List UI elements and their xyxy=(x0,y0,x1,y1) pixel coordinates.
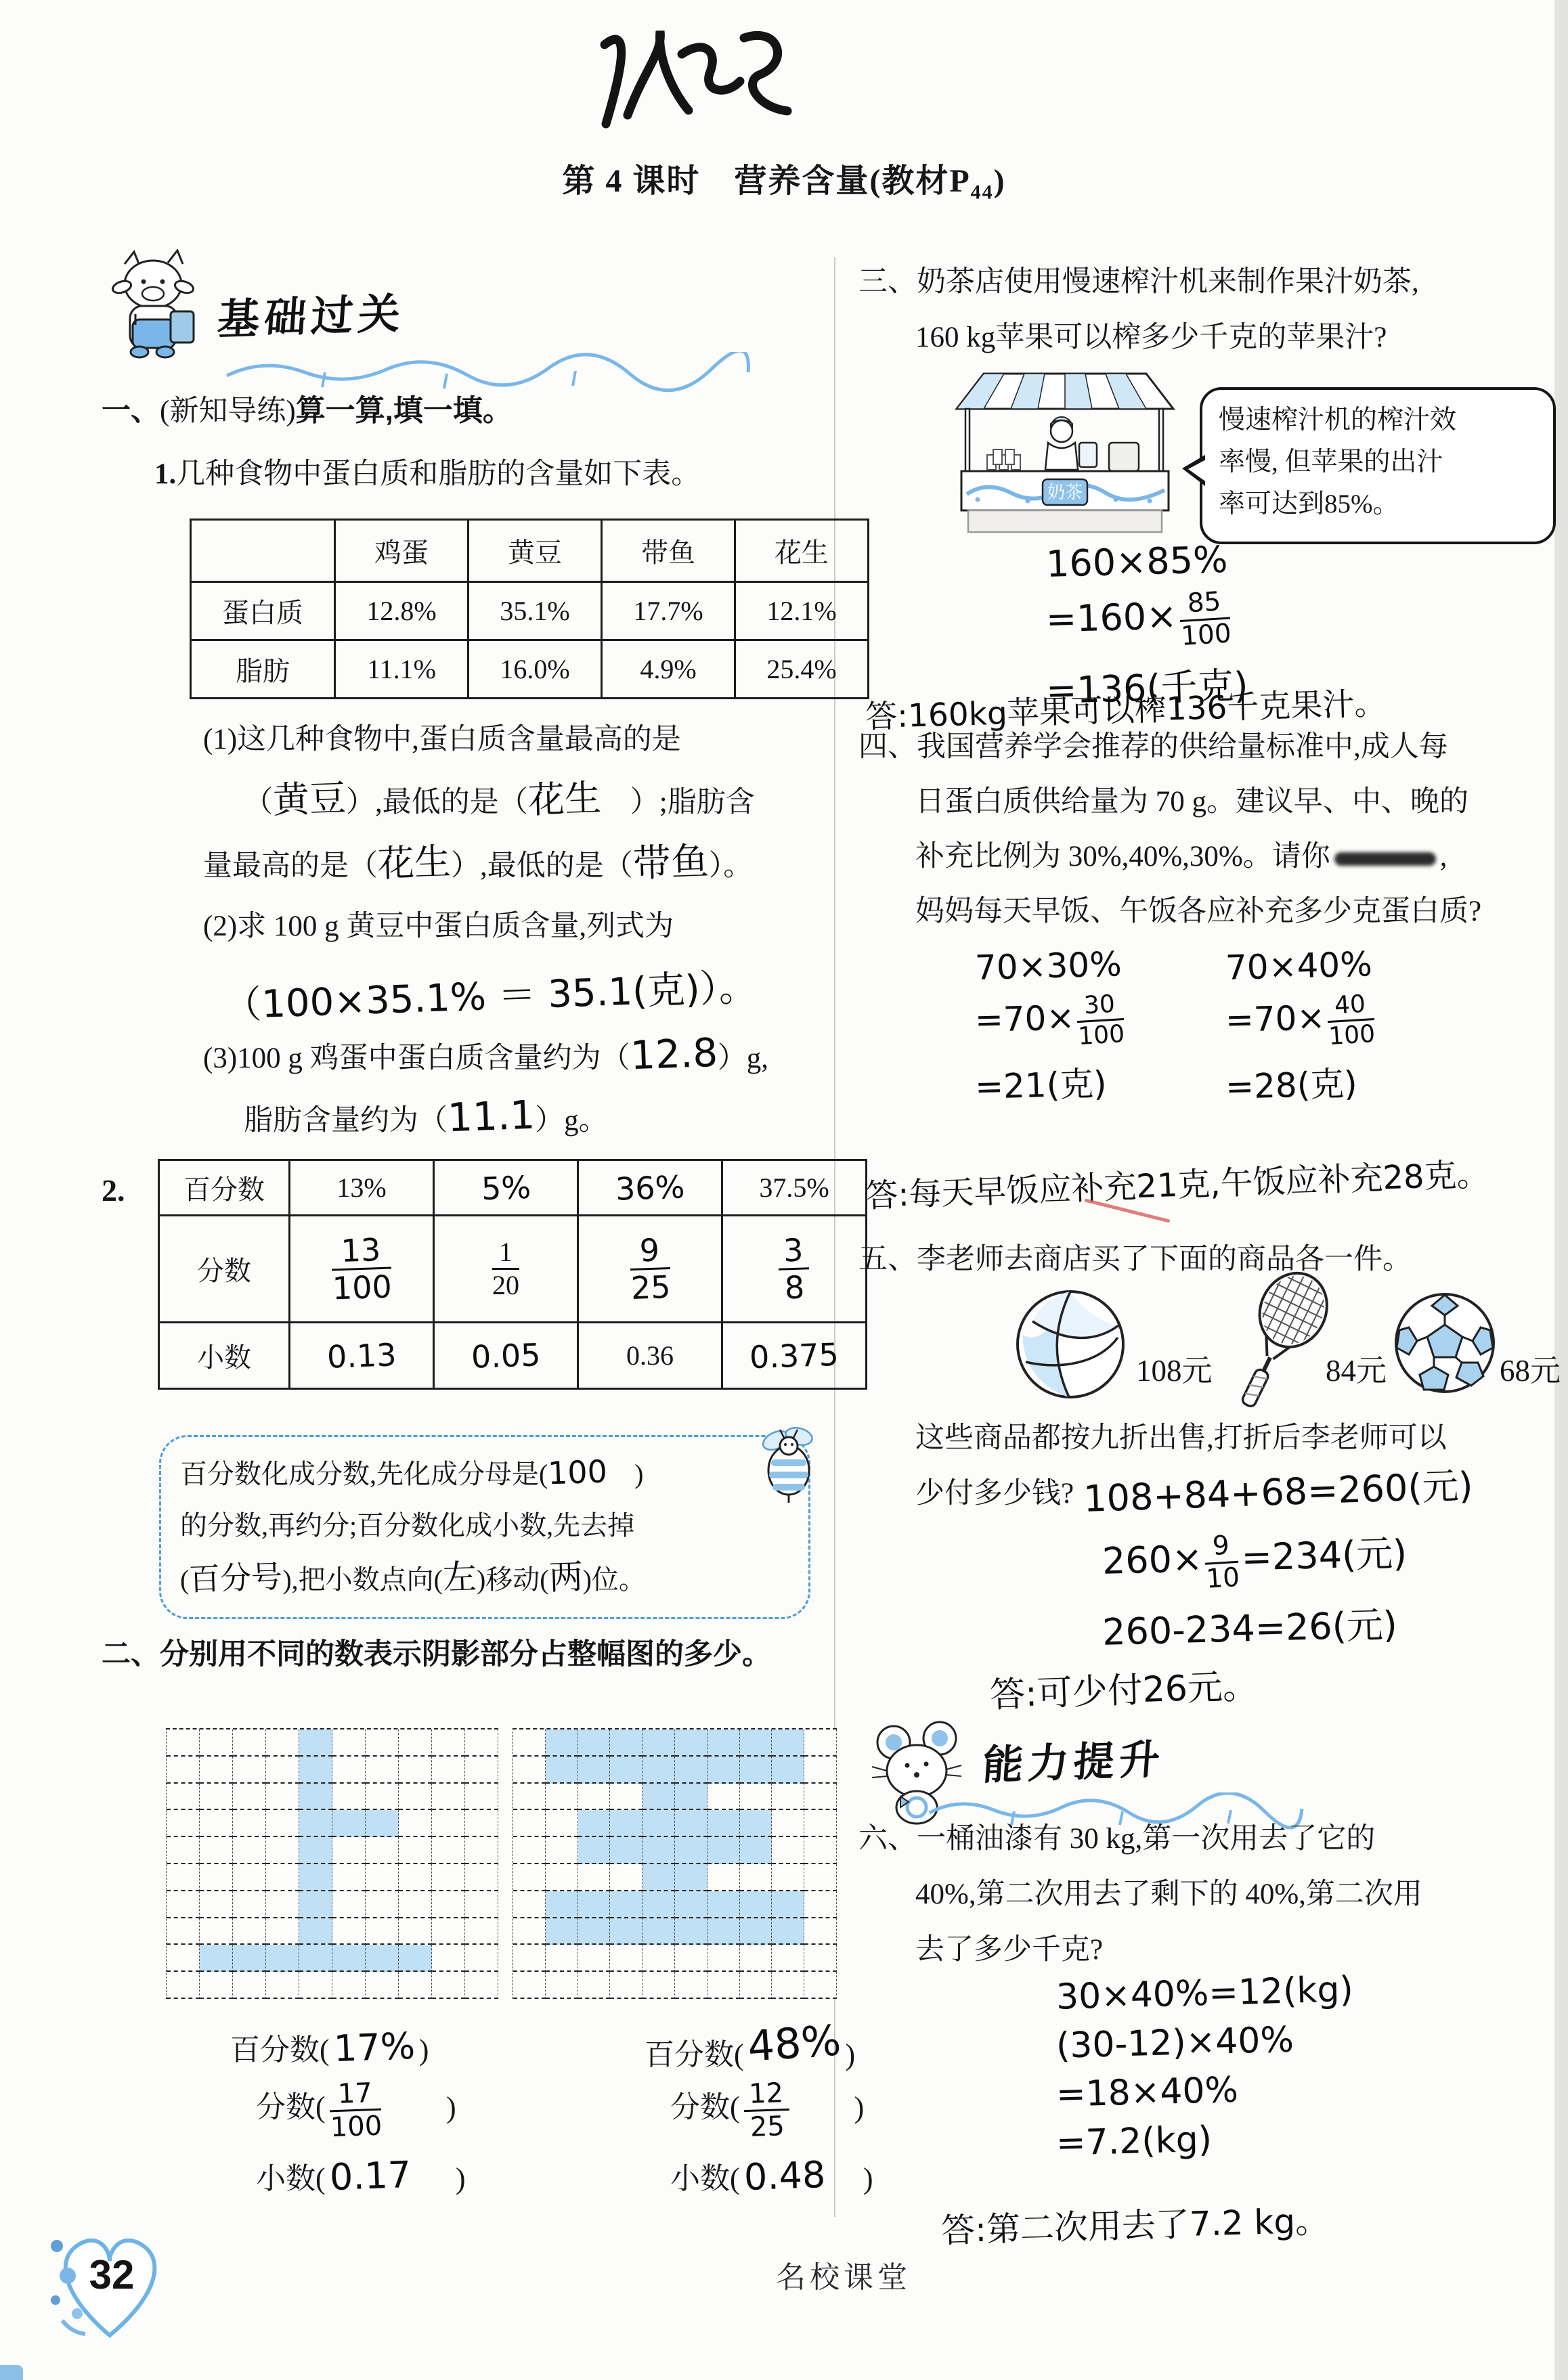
grid-cell xyxy=(740,1757,772,1784)
grid-cell xyxy=(167,1810,200,1837)
handwritten-line: =70×40100 xyxy=(1225,992,1378,1051)
grid-cell xyxy=(332,1864,366,1891)
printed-text: (2)求 100 g 黄豆中蛋白质含量,列式为 xyxy=(203,910,674,942)
q6-line3: 去了多少千克? xyxy=(915,1931,1103,1970)
grid-cell xyxy=(675,1729,707,1757)
fraction-denominator: 10 xyxy=(1206,1562,1241,1593)
q4-line4: 妈妈每天早饭、午饭各应补充多少克蛋白质? xyxy=(915,892,1481,931)
fraction: 120 xyxy=(492,1238,519,1300)
fraction-numerator: 85 xyxy=(1178,588,1230,622)
grid-cell xyxy=(399,1945,432,1972)
scan-corner-mark xyxy=(0,2365,23,2380)
bee-mascot-icon xyxy=(750,1422,828,1506)
printed-text: ) xyxy=(863,2162,873,2195)
printed-text: ）;脂肪含 xyxy=(601,787,755,818)
grid-cell xyxy=(610,1729,643,1757)
table-row: 百分数13%5%36%37.5% xyxy=(159,1160,867,1216)
grid-cell xyxy=(772,1837,804,1864)
grid-cell xyxy=(675,1837,707,1864)
grid-cell xyxy=(707,1918,740,1945)
grid-cell xyxy=(643,1972,675,1999)
fraction-denominator: 25 xyxy=(630,1269,671,1304)
grid-cell xyxy=(643,1784,675,1811)
grid-cell xyxy=(643,1918,675,1945)
handwritten-answer: 百分号 xyxy=(188,1551,284,1606)
grid-cell xyxy=(200,1945,233,1972)
grid-cell xyxy=(804,1810,837,1837)
table-cell: 11.1% xyxy=(335,640,469,699)
scan-edge-strip xyxy=(1554,0,1568,2380)
wavy-underline xyxy=(223,352,752,393)
grid-cell xyxy=(707,1784,740,1811)
printed-value: 13% xyxy=(336,1172,386,1203)
grid-cell xyxy=(707,1864,740,1891)
grid-cell xyxy=(399,1837,432,1864)
printed-text: 40%,第二次用去了剩下的 40%,第二次用 xyxy=(915,1878,1422,1910)
grid-cell xyxy=(546,1864,578,1891)
ink-smudge xyxy=(1334,852,1436,866)
soccer-ball-price: 68元 xyxy=(1500,1346,1561,1390)
printed-text: 百分数( xyxy=(230,2033,330,2067)
grid-cell xyxy=(366,1729,399,1757)
grid-cell xyxy=(432,1729,465,1757)
milk-tea-stand-illustration: 奶茶 xyxy=(946,367,1185,537)
grid-cell xyxy=(513,1918,546,1945)
grid-cell xyxy=(643,1837,675,1864)
grid-cell xyxy=(366,1918,399,1945)
grid-cell xyxy=(675,1810,707,1837)
handwritten-answer: 答:第二次用去了7.2 kg。 xyxy=(940,2201,1329,2251)
grid-cell xyxy=(804,1945,837,1972)
handwritten-line: =18×40% xyxy=(1055,2067,1353,2115)
grid-cell xyxy=(299,1810,332,1837)
table-header-cell: 带鱼 xyxy=(602,520,735,582)
price-label: 108元 xyxy=(1136,1354,1213,1388)
fraction: 910 xyxy=(1204,1531,1241,1593)
grid-cell xyxy=(578,1891,611,1918)
handwritten-answer: 5% xyxy=(481,1168,531,1207)
grid-cell xyxy=(299,1972,332,1999)
printed-text: ）g。 xyxy=(535,1105,608,1137)
table-row: 小数0.130.050.360.375 xyxy=(159,1323,867,1389)
grid-cell xyxy=(233,1864,266,1891)
grid-cell xyxy=(399,1729,432,1757)
q1-p2-line: (2)求 100 g 黄豆中蛋白质含量,列式为 xyxy=(203,907,674,946)
grid-cell xyxy=(332,1891,366,1918)
grid-cell xyxy=(675,1864,707,1891)
fraction-denominator: 100 xyxy=(330,2111,383,2142)
grid-cell xyxy=(610,1918,643,1945)
grid-cell xyxy=(740,1918,772,1945)
handwritten-answer: 48% xyxy=(746,2015,843,2071)
grid-cell xyxy=(233,1837,266,1864)
data-table: 百分数13%5%36%37.5%分数1310012092538小数0.130.0… xyxy=(158,1159,867,1390)
handwritten-answer: 36% xyxy=(615,1168,685,1208)
milk-tea-sign-label: 奶茶 xyxy=(1047,483,1083,502)
table-row-label: 小数 xyxy=(159,1323,290,1389)
grid-cell xyxy=(266,1945,299,1972)
grid-cell xyxy=(399,1891,432,1918)
grid-cell xyxy=(546,1918,578,1945)
grid-cell xyxy=(804,1864,837,1891)
grid-cell xyxy=(266,1757,299,1784)
q4-work-right: 70×40%=70×40100=28(克) xyxy=(1225,946,1377,1115)
bubble-line: 率慢, 但苹果的出汁 xyxy=(1219,441,1537,483)
grid-cell xyxy=(465,1757,498,1784)
grid-cell xyxy=(675,1945,707,1972)
grid-left-decimal-label: 小数(0.17) xyxy=(256,2154,466,2197)
grid-cell xyxy=(610,1757,643,1784)
printed-value: 0.36 xyxy=(626,1340,674,1371)
table-header-cell xyxy=(191,520,335,582)
tip-line3: (百分号),把小数点向(左)移动(两)位。 xyxy=(180,1551,789,1606)
grid-cell xyxy=(167,1837,200,1864)
table-row: 分数1310012092538 xyxy=(159,1216,867,1323)
grid-cell xyxy=(200,1729,233,1757)
grid-cell xyxy=(399,1757,432,1784)
grid-cell xyxy=(366,1864,399,1891)
grid-cell xyxy=(675,1918,707,1945)
grid-cell xyxy=(578,1972,611,1999)
grid-cell xyxy=(332,1729,366,1757)
q5-text1: 这些商品都按九折出售,打折后李老师可以 xyxy=(915,1419,1447,1458)
section-header-advanced-label: 能力提升 xyxy=(981,1736,1167,1788)
printed-text: 少付多少钱? xyxy=(915,1478,1074,1509)
q2-heading: 二、分别用不同的数表示阴影部分占整幅图的多少。 xyxy=(102,1631,771,1673)
grid-cell xyxy=(772,1810,804,1837)
printed-text: ）,最低的是（ xyxy=(451,850,633,882)
grid-cell xyxy=(266,1784,299,1811)
grid-cell xyxy=(167,1918,200,1945)
tip-line1: 百分数化成分数,先化成分母是(100 ) xyxy=(180,1447,789,1500)
table-cell: 925 xyxy=(578,1216,722,1323)
q1-sub1-text: 几种食物中蛋白质和脂肪的含量如下表。 xyxy=(176,458,700,490)
grid-cell xyxy=(513,1837,546,1864)
fraction-numerator: 30 xyxy=(1076,991,1124,1023)
grid-cell xyxy=(332,1810,366,1837)
section-header-advanced: 能力提升 xyxy=(981,1727,1167,1791)
handwritten-answer: 答:可少付26元。 xyxy=(989,1666,1259,1716)
grid-cell xyxy=(578,1729,611,1757)
grid-cell xyxy=(740,1891,772,1918)
table-row: 鸡蛋黄豆带鱼花生 xyxy=(191,520,869,582)
fraction-denominator: 25 xyxy=(744,2111,790,2142)
q1-p2-handwritten-answer: （100×35.1% ＝ 35.1(克)）。 xyxy=(223,957,758,1030)
grid-cell xyxy=(299,1784,332,1811)
grid-cell xyxy=(513,1810,546,1837)
table-cell: 5% xyxy=(434,1160,578,1216)
q1-p3-line1: (3)100 g 鸡蛋中蛋白质含量约为（12.8）g, xyxy=(203,1034,768,1078)
fraction-numerator: 9 xyxy=(1204,1531,1239,1564)
table-cell: 13% xyxy=(290,1160,434,1216)
grid-cell xyxy=(266,1891,299,1918)
handwritten-answer: 带鱼 xyxy=(632,842,710,884)
q1-p1-line3: 量最高的是（花生）,最低的是（带鱼）。 xyxy=(203,843,752,886)
printed-text: 这些商品都按九折出售,打折后李老师可以 xyxy=(915,1422,1447,1454)
table-cell: 0.36 xyxy=(578,1323,722,1389)
printed-text: 的分数,再约分;百分数化成小数,先去掉 xyxy=(180,1510,634,1541)
table-cell: 0.05 xyxy=(434,1323,578,1389)
q4-line3: 补充比例为 30%,40%,30%。请你, xyxy=(915,837,1447,877)
q1-tag: (新知导练) xyxy=(160,395,296,427)
printed-text: 去了多少千克? xyxy=(915,1934,1103,1966)
grid-cell xyxy=(772,1945,804,1972)
q1-p1-line2: （黄豆）,最低的是（花生 ）;脂肪含 xyxy=(244,780,755,822)
grid-cell xyxy=(167,1945,200,1972)
grid-cell xyxy=(546,1891,578,1918)
title-main: 第 4 课时 营养含量 xyxy=(562,163,869,199)
grid-cell xyxy=(610,1945,643,1972)
data-table: 鸡蛋黄豆带鱼花生蛋白质12.8%35.1%17.7%12.1%脂肪11.1%16… xyxy=(190,519,869,699)
grid-cell xyxy=(299,1757,332,1784)
grid-cell xyxy=(332,1918,366,1945)
printed-text: ) xyxy=(456,2162,466,2195)
fraction: 85100 xyxy=(1178,588,1232,651)
grid-cell xyxy=(200,1891,233,1918)
handwritten-answer: 17100 xyxy=(328,2079,382,2142)
handwritten-line: 70×40% xyxy=(1225,944,1378,988)
grid-cell xyxy=(772,1729,804,1757)
grid-cell xyxy=(233,1945,266,1972)
title-ref-close: ) xyxy=(994,163,1006,199)
grid-cell xyxy=(200,1837,233,1864)
grid-cell xyxy=(772,1757,804,1784)
badminton-racket-price: 84元 xyxy=(1326,1346,1387,1390)
fraction: 30100 xyxy=(1076,991,1126,1050)
table-row-label: 百分数 xyxy=(159,1160,290,1216)
fraction: 40100 xyxy=(1326,991,1376,1050)
grid-cell xyxy=(399,1972,432,1999)
grid-cell xyxy=(740,1729,772,1757)
grid-cell xyxy=(233,1729,266,1757)
grid-cell xyxy=(578,1810,611,1837)
fraction-numerator: 9 xyxy=(629,1233,670,1271)
grid-cell xyxy=(740,1945,772,1972)
grid-cell xyxy=(266,1972,299,1999)
q5-work-inline: 108+84+68=260(元) xyxy=(1083,1457,1474,1522)
table-cell: 36% xyxy=(578,1160,722,1216)
grid-cell xyxy=(772,1891,804,1918)
nutrition-table: 鸡蛋黄豆带鱼花生蛋白质12.8%35.1%17.7%12.1%脂肪11.1%16… xyxy=(190,519,869,699)
handwritten-answer: 1225 xyxy=(743,2079,790,2142)
grid-cell xyxy=(578,1757,611,1784)
grid-cell xyxy=(643,1945,675,1972)
grid-cell xyxy=(804,1918,837,1945)
grid-cell xyxy=(366,1945,399,1972)
grid-cell xyxy=(432,1945,465,1972)
grid-cell xyxy=(332,1757,366,1784)
grid-cell xyxy=(707,1810,740,1837)
grid-cell xyxy=(432,1810,465,1837)
brand-footer: 名校课堂 xyxy=(776,2253,911,2296)
grid-cell xyxy=(332,1784,366,1811)
grid-cell xyxy=(707,1729,740,1757)
brand-footer-label: 名校课堂 xyxy=(776,2261,911,2294)
grid-cell xyxy=(465,1891,498,1918)
grid-cell xyxy=(465,1918,498,1945)
table-header-cell: 花生 xyxy=(735,520,869,582)
handwritten-line: 30×40%=12(kg) xyxy=(1055,1969,1353,2017)
grid-cell xyxy=(200,1810,233,1837)
handwritten-answer: 0.13 xyxy=(326,1336,397,1375)
printed-text: 四、我国营养学会推荐的供给量标准中,成人每 xyxy=(858,731,1448,763)
printed-text: ) xyxy=(419,2033,429,2067)
grid-cell xyxy=(167,1784,200,1811)
grid-cell xyxy=(432,1972,465,1999)
fraction-denominator: 100 xyxy=(1078,1020,1126,1050)
printed-text: ）。 xyxy=(709,850,753,882)
grid-cell xyxy=(299,1729,332,1757)
grid-cell xyxy=(167,1891,200,1918)
handwritten-line: =7.2(kg) xyxy=(1055,2115,1353,2163)
grid-cell xyxy=(266,1918,299,1945)
table-row-label: 脂肪 xyxy=(191,640,335,699)
printed-text: 2. xyxy=(102,1173,125,1208)
grid-cell xyxy=(772,1972,804,1999)
printed-text: , xyxy=(1440,841,1447,873)
table-cell: 35.1% xyxy=(469,582,602,640)
table-cell: 120 xyxy=(434,1216,578,1323)
grid-cell xyxy=(578,1945,611,1972)
printed-text: 分数( xyxy=(256,2091,326,2124)
grid-cell xyxy=(233,1757,266,1784)
table-header-cell: 黄豆 xyxy=(469,520,602,582)
title-ref-sub: 44 xyxy=(971,181,994,204)
grid-cell xyxy=(643,1757,675,1784)
grid-cell xyxy=(465,1729,498,1757)
grid-cell xyxy=(432,1837,465,1864)
printed-text: 分数( xyxy=(670,2091,740,2124)
fraction-numerator: 1 xyxy=(492,1238,519,1270)
grid-cell xyxy=(332,1945,366,1972)
title-ref: (教材P xyxy=(869,163,970,199)
q4-line2: 日蛋白质供给量为 70 g。建议早、中、晚的 xyxy=(915,783,1468,822)
handwritten-line: =70×30100 xyxy=(974,992,1127,1051)
table-cell: 0.13 xyxy=(290,1323,434,1389)
grid-cell xyxy=(513,1945,546,1972)
grid-cell xyxy=(167,1864,200,1891)
grid-cell xyxy=(513,1757,546,1784)
printed-text: )位。 xyxy=(583,1564,646,1595)
grid-right-decimal-label: 小数(0.48) xyxy=(670,2154,873,2197)
grid-cell xyxy=(299,1945,332,1972)
section-header-basic: 基础过关 xyxy=(215,280,407,347)
printed-text: 百分数( xyxy=(645,2038,744,2071)
grid-cell xyxy=(610,1784,643,1811)
q1-number: 一、 xyxy=(102,395,160,427)
grid-cell xyxy=(299,1891,332,1918)
grid-cell xyxy=(266,1864,299,1891)
grid-cell xyxy=(167,1729,200,1757)
handwritten-answer: 0.48 xyxy=(743,2153,826,2199)
q1-sub2-number: 2. xyxy=(102,1172,125,1208)
grid-cell xyxy=(740,1810,772,1837)
shaded-grid-right xyxy=(513,1728,837,1999)
grid-cell xyxy=(513,1729,546,1757)
speech-bubble: 慢速榨汁机的榨汁效 率慢, 但苹果的出汁 率可达到85%。 xyxy=(1200,387,1556,544)
handwritten-answer: 两 xyxy=(548,1551,584,1604)
table-cell: 12.1% xyxy=(735,582,869,640)
grid-left-fraction-label: 分数(17100) xyxy=(256,2079,456,2141)
table-row-label: 蛋白质 xyxy=(191,582,335,640)
printed-text: 日蛋白质供给量为 70 g。建议早、中、晚的 xyxy=(915,786,1468,818)
q1-instruction: 算一算,填一填。 xyxy=(296,394,513,427)
grid-cell xyxy=(465,1784,498,1811)
printed-text: ）g, xyxy=(718,1042,768,1074)
q1-sub1-number: 1. xyxy=(154,458,176,490)
grid-cell xyxy=(233,1784,266,1811)
printed-text: 小数( xyxy=(670,2162,740,2195)
grid-cell xyxy=(578,1784,611,1811)
handwritten-answer: 花生 xyxy=(527,778,602,820)
grid-cell xyxy=(399,1864,432,1891)
grid-cell xyxy=(200,1864,233,1891)
grid-cell xyxy=(233,1810,266,1837)
table-row: 脂肪11.1%16.0%4.9%25.4% xyxy=(191,640,869,699)
grid-cell xyxy=(546,1784,578,1811)
printed-text: ) xyxy=(446,2091,456,2124)
table-header-cell: 鸡蛋 xyxy=(335,520,469,582)
handwritten-answer: 0.17 xyxy=(329,2153,412,2199)
q1-p1-line1: (1)这几种食物中,蛋白质含量最高的是 xyxy=(203,720,681,759)
handwritten-line: =28(克) xyxy=(1225,1056,1378,1109)
grid-cell xyxy=(578,1864,611,1891)
printed-text: ) xyxy=(854,2091,865,2124)
grid-cell xyxy=(366,1837,399,1864)
q6-line1: 六、一桶油漆有 30 kg,第一次用去了它的 xyxy=(858,1820,1375,1859)
grid-cell xyxy=(332,1837,366,1864)
fraction-numerator: 13 xyxy=(330,1233,391,1271)
soccer-ball-icon xyxy=(1391,1290,1498,1396)
grid-cell xyxy=(366,1891,399,1918)
grid-cell xyxy=(804,1891,837,1918)
grid-cell xyxy=(200,1757,233,1784)
printed-text: ( xyxy=(180,1564,189,1595)
grid-cell xyxy=(299,1837,332,1864)
printed-text: ) xyxy=(845,2038,855,2071)
grid-cell xyxy=(266,1837,299,1864)
grid-cell xyxy=(546,1757,578,1784)
fraction-numerator: 17 xyxy=(328,2079,381,2113)
grid-cell xyxy=(804,1757,837,1784)
grid-cell xyxy=(578,1837,611,1864)
page-title: 第 4 课时 营养含量(教材P44) xyxy=(0,154,1568,204)
table-cell: 0.375 xyxy=(722,1323,867,1389)
handwritten-line: 260×910=234(元) xyxy=(1102,1524,1408,1595)
handwritten-line: =21(克) xyxy=(974,1056,1127,1109)
grid-cell xyxy=(465,1810,498,1837)
grid-cell xyxy=(167,1757,200,1784)
grid-cell xyxy=(366,1784,399,1811)
grid-cell xyxy=(546,1810,578,1837)
grid-left-percent-label: 百分数(17%) xyxy=(230,2025,429,2069)
grid-cell xyxy=(804,1729,837,1757)
fraction-numerator: 3 xyxy=(778,1233,810,1271)
q3-line2: 160 kg苹果可以榨多少千克的苹果汁? xyxy=(915,318,1387,357)
fraction-numerator: 40 xyxy=(1326,991,1374,1023)
printed-text: ),把小数点向( xyxy=(282,1564,443,1595)
grid-cell xyxy=(772,1864,804,1891)
printed-text: 小数( xyxy=(256,2162,326,2195)
grid-cell xyxy=(675,1891,707,1918)
grid-cell xyxy=(643,1729,675,1757)
grid-cell xyxy=(513,1972,546,1999)
printed-text: 三、奶茶店使用慢速榨汁机来制作果汁奶茶, xyxy=(858,266,1419,298)
q6-work: 30×40%=12(kg)(30-12)×40%=18×40%=7.2(kg) xyxy=(1056,1973,1353,2168)
goat-mascot-icon xyxy=(100,249,215,371)
grid-cell xyxy=(465,1972,498,1999)
printed-text: ) xyxy=(607,1459,643,1489)
